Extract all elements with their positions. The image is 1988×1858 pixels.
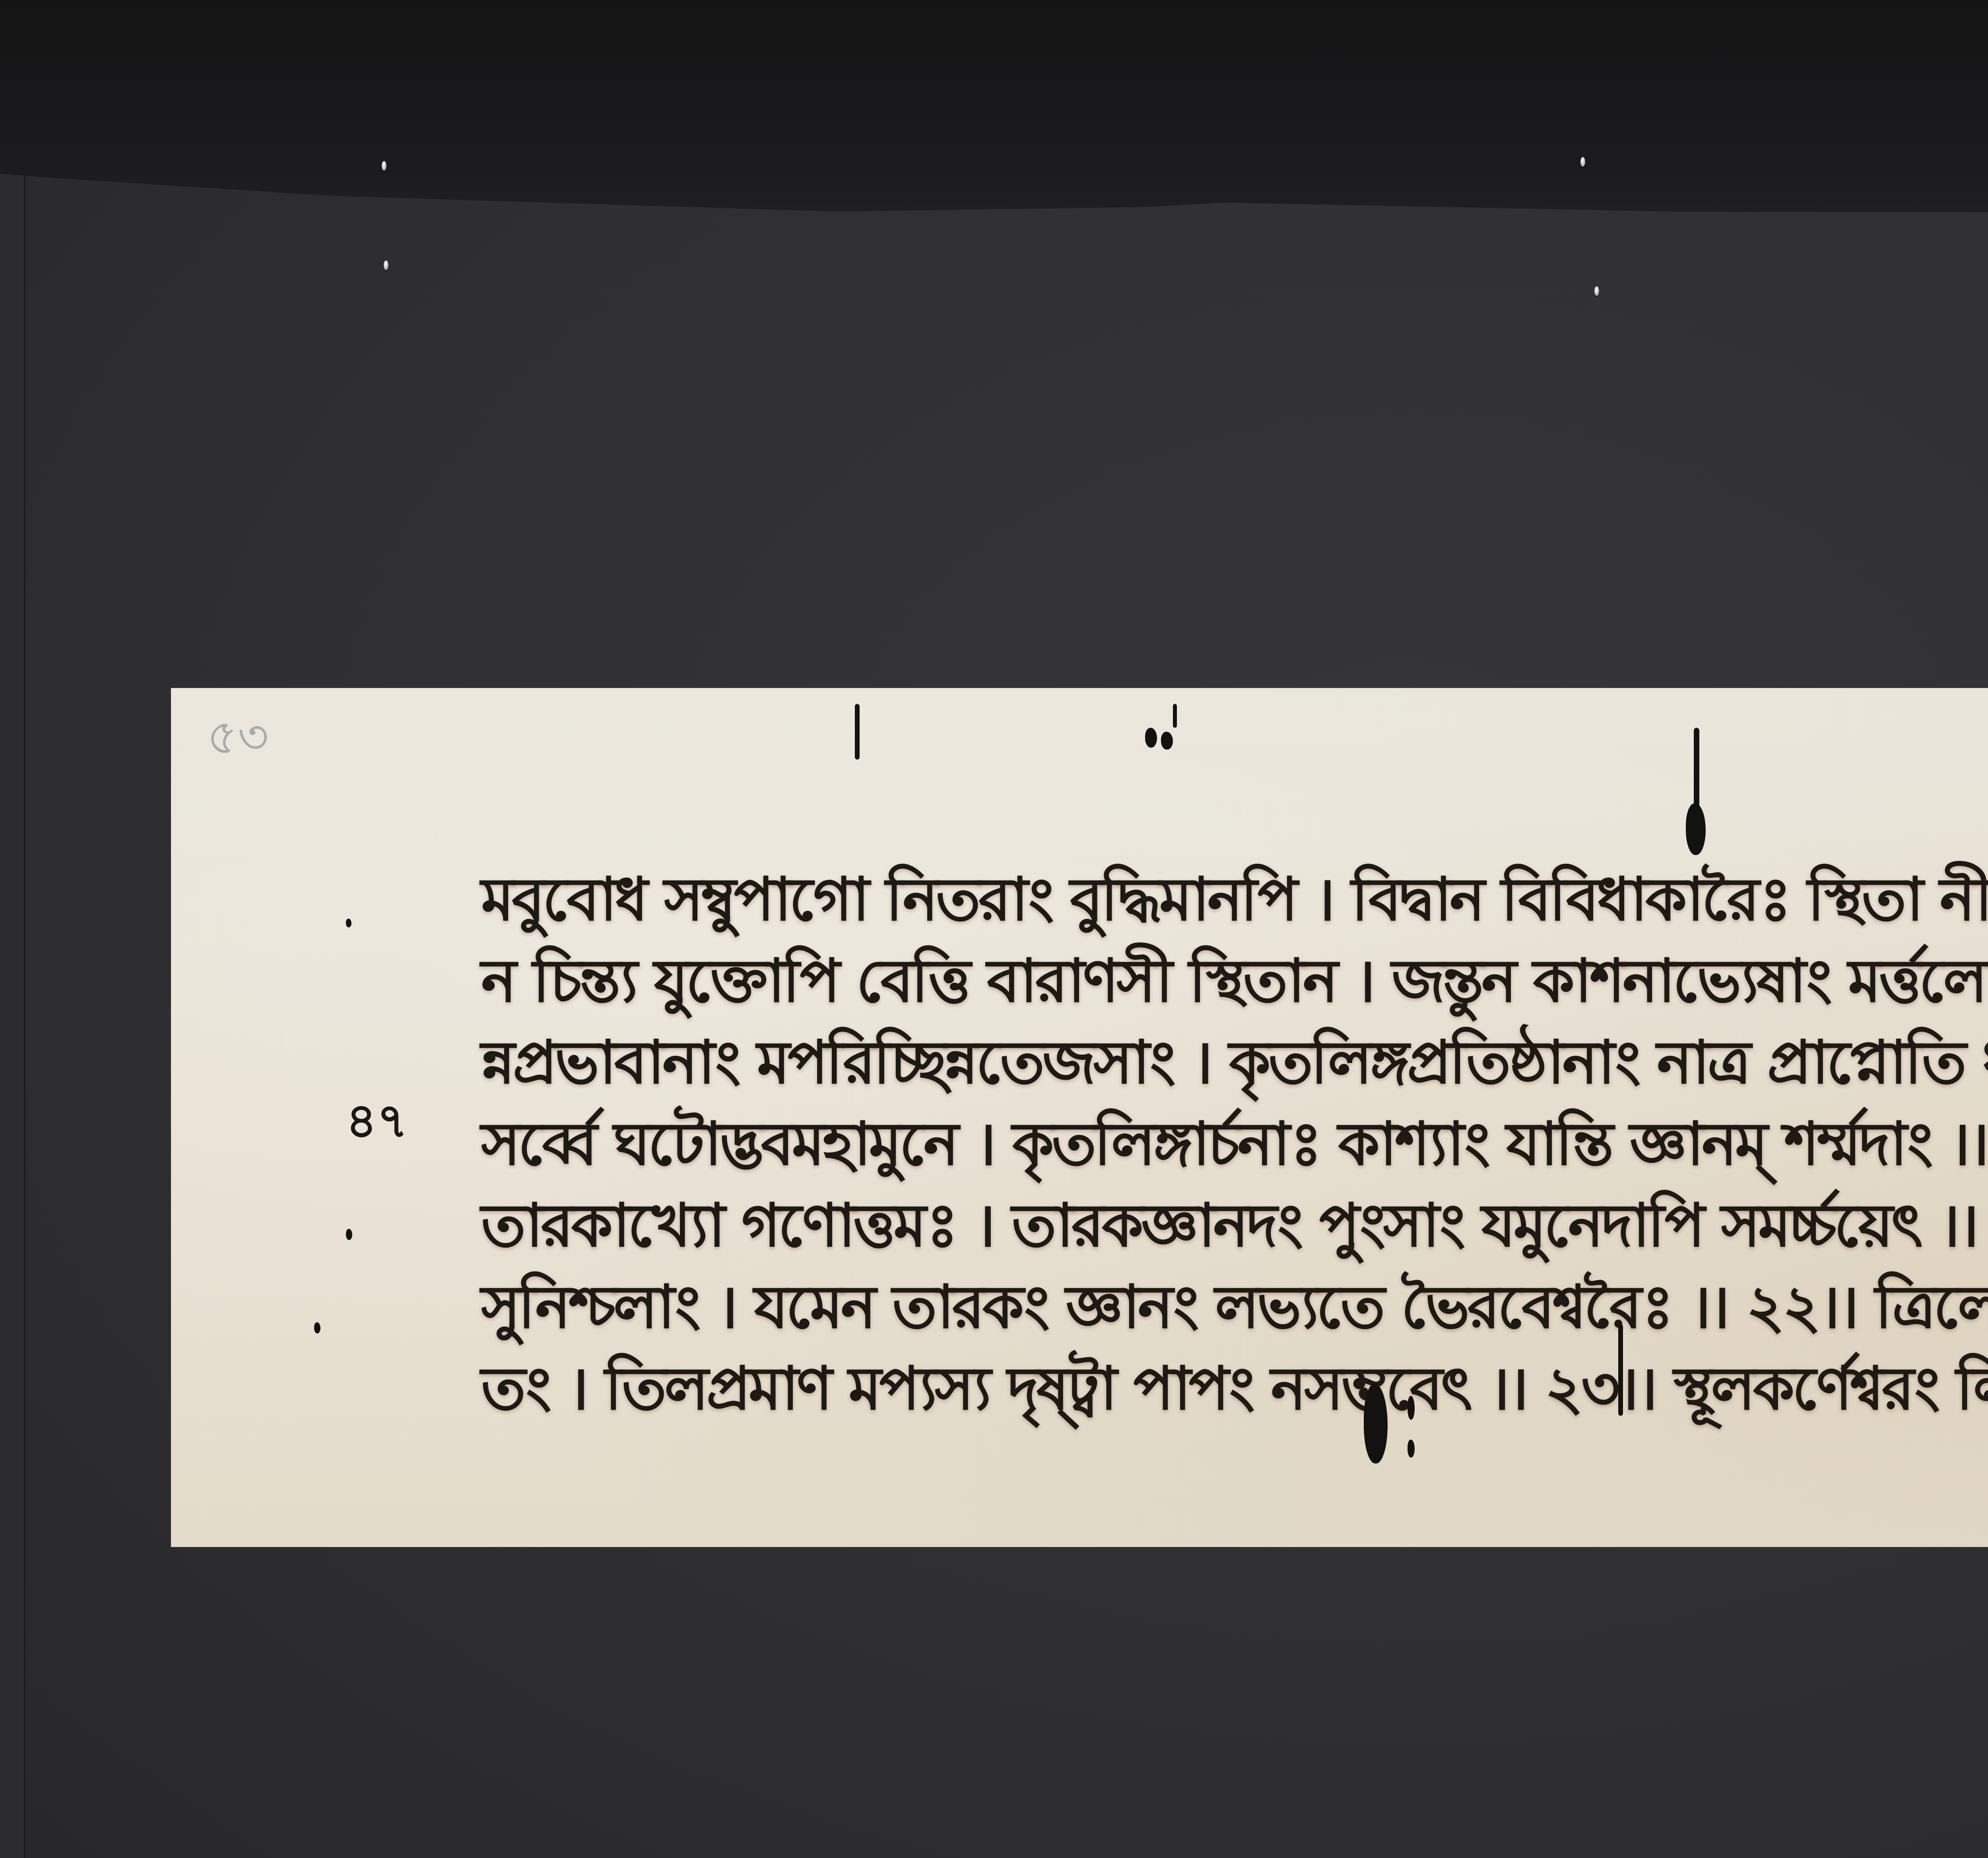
ink-stroke xyxy=(855,704,860,760)
text-line-6: সুনিশ্চলাং । যমেন তারকং জ্ঞানং লভ্যতে ভৈ… xyxy=(481,1267,1988,1348)
pin xyxy=(1580,157,1585,167)
ink-stroke xyxy=(1173,704,1177,728)
ink-dot xyxy=(346,919,351,927)
ink-blot xyxy=(1408,1396,1415,1420)
pin xyxy=(382,161,386,171)
ink-stroke xyxy=(1694,728,1699,811)
text-line-3: ন্নপ্রভাবানাং মপরিচ্ছিন্নতেজসাং । কৃতলিঙ… xyxy=(481,1022,1988,1104)
text-line-7: তং । তিলপ্রমাণ মপ্যস্য দৃষ্ট্বা পাপং নসম… xyxy=(481,1348,1988,1430)
text-line-5: তারকাখ্যো গণোত্তমঃ । তারকজ্ঞানদং পুংসাং … xyxy=(481,1185,1988,1267)
ink-stroke xyxy=(1618,1324,1623,1416)
ink-blot xyxy=(1686,803,1706,855)
manuscript-leaf: ৫৩ ৭৭৬ ৪৭ মবুবোধ সম্বুপাগো নিতরাং বুদ্ধি… xyxy=(171,688,1988,1547)
pin xyxy=(1594,286,1599,296)
margin-folio-number: ৪৭ xyxy=(346,1084,408,1164)
ink-blot xyxy=(1408,1440,1415,1458)
manuscript-text: মবুবোধ সম্বুপাগো নিতরাং বুদ্ধিমানপি । বি… xyxy=(481,859,1988,1430)
ink-dot xyxy=(314,1322,320,1333)
text-line-4: সর্ব্বে ঘটোদ্ভবমহামুনে । কৃতলিঙ্গার্চনাঃ… xyxy=(481,1104,1988,1185)
text-line-1: মবুবোধ সম্বুপাগো নিতরাং বুদ্ধিমানপি । বি… xyxy=(481,859,1988,941)
text-line-2: ন চিন্ত্য যুক্তোপি বেত্তি বারাণসী স্থিতা… xyxy=(481,941,1988,1022)
pin xyxy=(384,260,388,270)
pencil-folio-mark-left: ৫৩ xyxy=(207,700,269,780)
ink-dot xyxy=(346,1229,352,1240)
ink-blot xyxy=(1161,732,1173,750)
mount-edge xyxy=(24,167,25,1858)
ink-blot xyxy=(1145,728,1157,748)
mount-top-flap xyxy=(0,0,1988,223)
